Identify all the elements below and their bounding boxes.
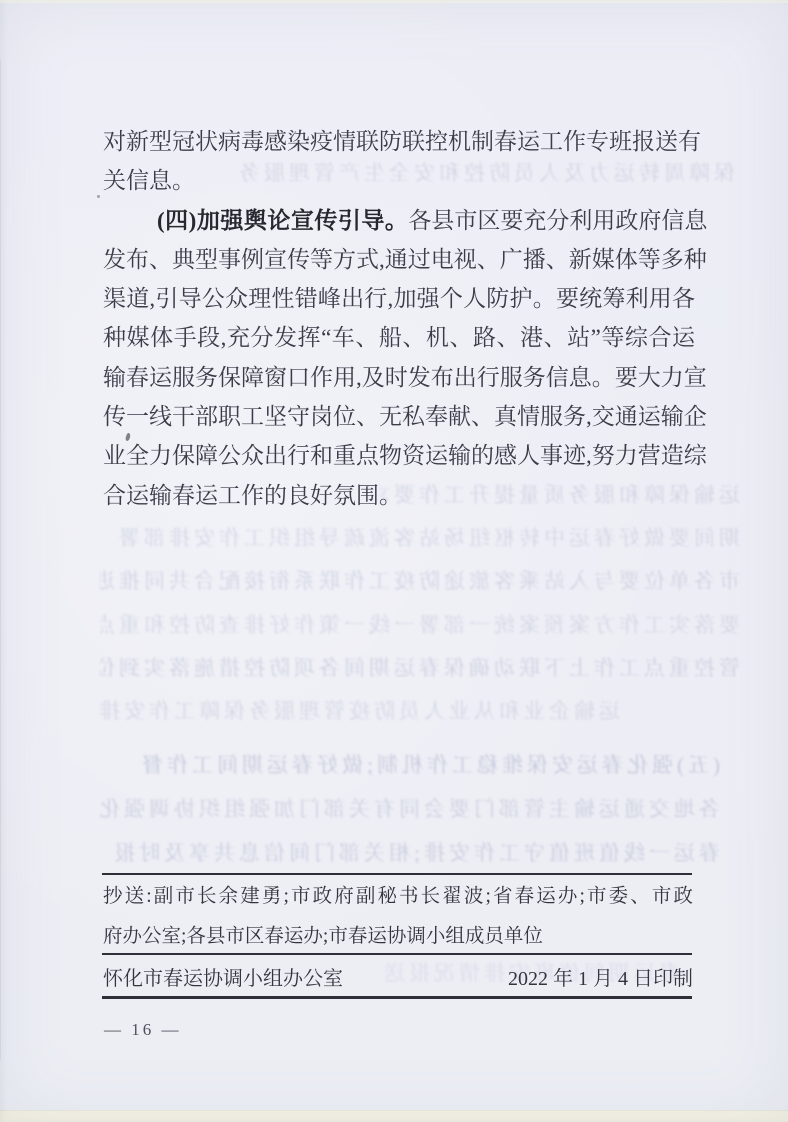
section-heading: (四)加强舆论宣传引导。 xyxy=(157,208,408,233)
body-line: 种媒体手段,充分发挥“车、船、机、路、港、站”等综合运 xyxy=(103,318,695,357)
bleedthrough-line: 要落实工作方案预案统一部署一线一策作好排查防控和重点 xyxy=(100,612,740,638)
issuing-office: 怀化市春运协调小组办公室 xyxy=(103,962,343,991)
page-number: — 16 — xyxy=(104,1020,182,1040)
body-line-text: 各县市区要充分利用政府信息 xyxy=(408,208,707,233)
footer-rule-bottom xyxy=(102,996,692,999)
body-line: 关信息。 xyxy=(103,161,695,200)
ink-speck xyxy=(97,195,100,198)
bleedthrough-line: 期间要做好春运中转枢纽场站客流疏导组织工作安排部署 xyxy=(100,525,740,551)
body-line: 渠道,引导公众理性错峰出行,加强个人防护。要统筹利用各 xyxy=(103,279,695,318)
colophon-row: 怀化市春运协调小组办公室 2022 年 1 月 4 日印制 xyxy=(103,956,693,996)
scan-edge-bottom xyxy=(0,1110,788,1122)
body-line: 输春运服务保障窗口作用,及时发布出行服务信息。要大力宣 xyxy=(103,358,695,397)
footer-rule-middle xyxy=(102,953,692,955)
scan-edge-top xyxy=(0,0,788,3)
bleedthrough-line: (五)强化春运安保维稳工作机制;做好春运期间工作督查 xyxy=(140,752,720,778)
body-line: 发布、典型事例宣传等方式,通过电视、广播、新媒体等多种 xyxy=(103,240,695,279)
bleedthrough-line: 运输企业和从业人员防疫管理服务保障工作安排 xyxy=(100,698,620,724)
bleedthrough-line: 管控重点工作上下联动确保春运期间各项防控措施落实到位 xyxy=(100,655,740,681)
body-line: 传一线干部职工坚守岗位、无私奉献、真情服务,交通运输企 xyxy=(103,397,695,436)
body-text-block: 对新型冠状病毒感染疫情联防联控机制春运工作专班报送有 关信息。 (四)加强舆论宣… xyxy=(103,122,695,515)
print-date: 2022 年 1 月 4 日印制 xyxy=(508,962,693,991)
cc-line-1: 抄送:副市长余建勇;市政府副秘书长翟波;省春运办;市委、市政 xyxy=(103,877,693,917)
bleedthrough-line: 春运一线值班值守工作安排;相关部门间信息共享及时报 xyxy=(100,840,720,866)
body-line: 对新型冠状病毒感染疫情联防联控机制春运工作专班报送有 xyxy=(103,122,695,161)
body-line: 业全力保障公众出行和重点物资运输的感人事迹,努力营造综 xyxy=(103,436,695,475)
scan-edge-left xyxy=(0,60,1,1060)
body-line: 合运输春运工作的良好氛围。 xyxy=(103,476,695,515)
cc-line-2: 府办公室;各县市区春运办;市春运协调小组成员单位 xyxy=(103,917,693,957)
bleedthrough-line: 各地交通运输主管部门要会同有关部门加强组织协调强化 xyxy=(100,796,720,822)
document-page: 保障周转运力及人员防控和安全生产管理服务工作要求 运输保障和服务质量提升工作要求… xyxy=(0,0,788,1122)
footer-rule-top xyxy=(102,873,692,875)
bleedthrough-line: 市各单位要与入站乘客旅途防疫工作联系衔接配合共同推进 xyxy=(100,568,740,594)
body-line-section-heading: (四)加强舆论宣传引导。各县市区要充分利用政府信息 xyxy=(103,201,695,240)
